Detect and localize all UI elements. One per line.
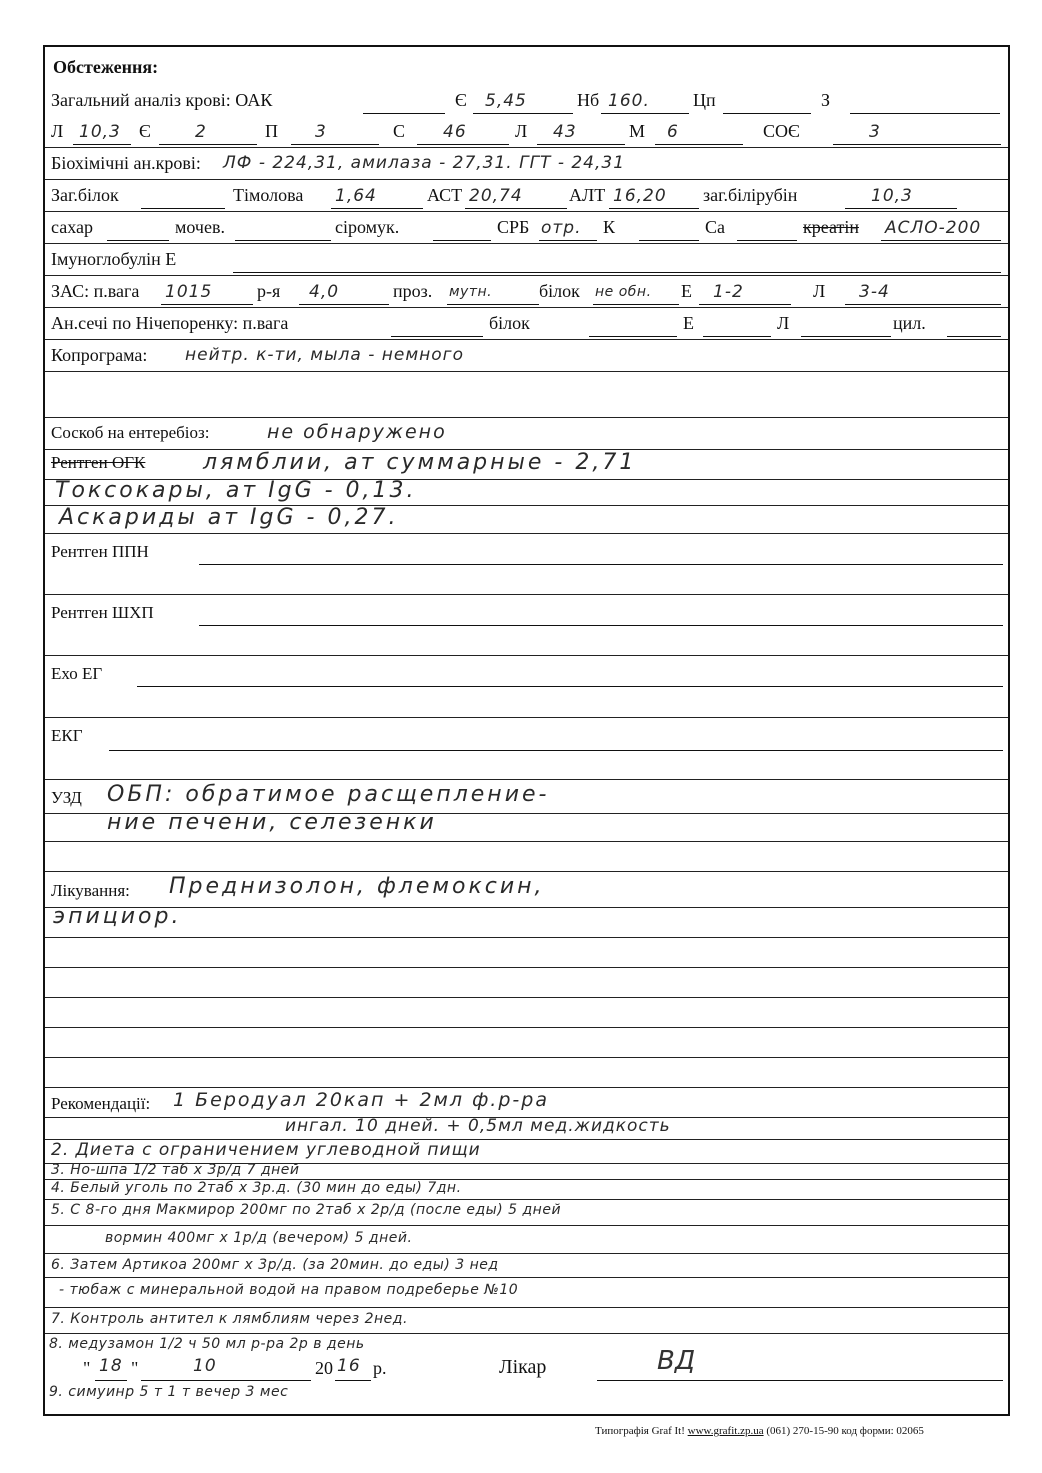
- aslo-value: АСЛО-200: [885, 218, 981, 238]
- footer-printer: Типографія Graf It!: [595, 1425, 685, 1437]
- bilirubin-label: заг.білірубін: [703, 185, 797, 206]
- recommendation-line-1[interactable]: 1 Беродуал 20кап + 2мл ф.р-ра: [173, 1089, 549, 1111]
- treatment-row: Лікування: Преднизолон, флемоксин,: [45, 872, 1008, 908]
- enterobiosis-label: Соскоб на ентеребіоз:: [51, 423, 209, 443]
- creatinine-label: креатін: [803, 217, 859, 238]
- cbc-z-label: З: [821, 90, 830, 111]
- nechiporenko-cyl-label: цил.: [893, 313, 926, 334]
- cbc-hb-field[interactable]: [601, 113, 689, 114]
- crp-label: СРБ: [497, 217, 529, 238]
- recommendation-line-5[interactable]: 4. Белый уголь по 2таб х 3р.д. (30 мин д…: [51, 1180, 462, 1196]
- doctor-signature-field[interactable]: [597, 1380, 1003, 1381]
- bilirubin-field[interactable]: [845, 208, 957, 209]
- urine-l-label: Л: [813, 281, 825, 302]
- urine-e-label: Е: [681, 281, 692, 302]
- diff-e-field[interactable]: [159, 144, 257, 145]
- date-day-field[interactable]: [95, 1380, 127, 1381]
- diff-m-field[interactable]: [655, 144, 743, 145]
- potassium-field[interactable]: [639, 240, 699, 241]
- seromucoid-field[interactable]: [433, 240, 491, 241]
- thymol-value: 1,64: [335, 186, 377, 206]
- diff-esr-value: 3: [869, 122, 881, 142]
- xray-ogk-label: Рентген ОГК: [51, 453, 145, 473]
- urine-protein-label: білок: [539, 281, 580, 302]
- uzd-label: УЗД: [51, 788, 82, 808]
- urine-protein-field[interactable]: [593, 304, 679, 305]
- medical-examination-form: Обстеження: Загальний аналіз крові: ОАК …: [43, 45, 1010, 1416]
- xray-ogk-row-3: Аскариды ат IgG - 0,27.: [45, 506, 1008, 534]
- cbc-e-label: Є: [455, 90, 467, 111]
- recommendations-row-4: 3. Но-шпа 1/2 таб х 3р/д 7 дней: [45, 1164, 1008, 1180]
- urine-e-value: 1-2: [713, 282, 744, 302]
- date-quote-close: ": [131, 1358, 138, 1379]
- calcium-label: Са: [705, 217, 725, 238]
- footer-url-link[interactable]: www.grafit.zp.ua: [688, 1425, 764, 1437]
- creatinine-field[interactable]: [881, 240, 1001, 241]
- diff-p-field[interactable]: [291, 144, 379, 145]
- urine-protein-value: не обн.: [595, 284, 652, 300]
- nechiporenko-protein-field[interactable]: [589, 336, 677, 337]
- cbc-label: Загальний аналіз крові: ОАК: [51, 90, 272, 111]
- xray-ogk-line-1[interactable]: лямблии, ат суммарные - 2,71: [203, 450, 636, 475]
- nechiporenko-l-field[interactable]: [801, 336, 891, 337]
- xray-ppn-label: Рентген ППН: [51, 542, 149, 562]
- recommendations-row-1: Рекомендації: 1 Беродуал 20кап + 2мл ф.р…: [45, 1088, 1008, 1118]
- nechiporenko-l-label: Л: [777, 313, 789, 334]
- ige-row: Імуноглобулін Е: [45, 244, 1008, 276]
- nechiporenko-cyl-field[interactable]: [947, 336, 1001, 337]
- recommendations-row-10: 7. Контроль антител к лямблиям через 2не…: [45, 1308, 1008, 1334]
- urea-field[interactable]: [235, 240, 331, 241]
- ast-value: 20,74: [469, 186, 523, 206]
- xray-shkhp-row: Рентген ШХП: [45, 595, 1008, 656]
- xray-shkhp-label: Рентген ШХП: [51, 603, 154, 623]
- alt-label: АЛТ: [569, 185, 605, 206]
- total-protein-label: Заг.білок: [51, 185, 119, 206]
- nechiporenko-label: Ан.сечі по Нічепоренку: п.вага: [51, 313, 288, 334]
- xray-ogk-line-2[interactable]: Токсокары, ат IgG - 0,13.: [55, 478, 417, 503]
- uzd-line-1[interactable]: ОБП: обратимое расщепление-: [107, 782, 549, 807]
- cbc-blank[interactable]: [363, 113, 445, 114]
- cbc-z-field[interactable]: [850, 113, 1000, 114]
- misc-row: сахар мочев. сіромук. СРБ отр. К Са креа…: [45, 212, 1008, 244]
- biochem-label: Біохімічні ан.крові:: [51, 153, 201, 174]
- xray-ogk-row: Рентген ОГК лямблии, ат суммарные - 2,71: [45, 450, 1008, 480]
- potassium-label: К: [603, 217, 615, 238]
- recommendations-row-5: 4. Белый уголь по 2таб х 3р.д. (30 мин д…: [45, 1180, 1008, 1200]
- cbc-hb-label: Нб: [577, 90, 599, 111]
- diff-row: Л 10,3 Є 2 П 3 С 46 Л 43 М 6 СОЄ 3: [45, 116, 1008, 148]
- diff-l-label: Л: [51, 121, 63, 142]
- treatment-blank-2[interactable]: [45, 968, 1008, 998]
- recommendation-line-10[interactable]: 7. Контроль антител к лямблиям через 2не…: [51, 1311, 408, 1327]
- recommendations-row-3: 2. Диета с ограничением углеводной пищи: [45, 1140, 1008, 1164]
- seromucoid-label: сіромук.: [335, 217, 399, 238]
- date-year-unit: р.: [373, 1358, 387, 1379]
- nechiporenko-e-label: Е: [683, 313, 694, 334]
- ast-label: АСТ: [427, 185, 462, 206]
- ige-field[interactable]: [233, 272, 1001, 273]
- calcium-field[interactable]: [737, 240, 797, 241]
- date-quote-open: ": [83, 1358, 90, 1379]
- recommendations-row-6: 5. С 8-го дня Макмирор 200мг по 2таб х 2…: [45, 1200, 1008, 1226]
- diff-m-value: 6: [667, 122, 679, 142]
- diff-esr-field[interactable]: [833, 144, 1001, 145]
- recommendation-line-8[interactable]: 6. Затем Артикоа 200мг х 3р/д. (за 20мин…: [51, 1257, 499, 1273]
- diff-lym-label: Л: [515, 121, 527, 142]
- date-year-prefix: 20: [315, 1358, 333, 1379]
- cbc-cp-field[interactable]: [723, 113, 811, 114]
- urine-l-value: 3-4: [859, 282, 890, 302]
- echo-label: Ехо ЕГ: [51, 664, 102, 684]
- treatment-label: Лікування:: [51, 881, 130, 901]
- diff-lym-value: 43: [553, 122, 577, 142]
- uzd-spacer: [45, 842, 1008, 872]
- date-year-value: 16: [337, 1356, 361, 1376]
- urine-ph-field[interactable]: [299, 304, 389, 305]
- date-day-value: 18: [99, 1356, 123, 1376]
- urine-sg-value: 1015: [165, 282, 212, 302]
- recommendation-line-12[interactable]: 9. симуинр 5 т 1 т вечер 3 мес: [49, 1384, 288, 1400]
- treatment-row-2: эпициор.: [45, 908, 1008, 938]
- recommendations-row-2: ингал. 10 дней. + 0,5мл мед.жидкость: [45, 1118, 1008, 1140]
- cbc-hb-value: 160.: [608, 91, 650, 111]
- diff-p-label: П: [265, 121, 278, 142]
- total-protein-field[interactable]: [141, 208, 225, 209]
- urine-ph-value: 4,0: [309, 282, 339, 302]
- recommendations-row-9: - тюбаж с минеральной водой на правом по…: [45, 1278, 1008, 1308]
- nechiporenko-e-field[interactable]: [703, 336, 771, 337]
- recommendation-line-11[interactable]: 8. медузамон 1/2 ч 50 мл р-ра 2р в день: [49, 1336, 365, 1352]
- diff-s-label: С: [393, 121, 405, 142]
- diff-e-label: Є: [139, 121, 151, 142]
- signoff-block: 8. медузамон 1/2 ч 50 мл р-ра 2р в день …: [45, 1334, 1008, 1408]
- uzd-row: УЗД ОБП: обратимое расщепление-: [45, 780, 1008, 814]
- diff-esr-label: СОЄ: [763, 121, 800, 142]
- nechiporenko-protein-label: білок: [489, 313, 530, 334]
- recommendation-line-4[interactable]: 3. Но-шпа 1/2 таб х 3р/д 7 дней: [51, 1162, 300, 1178]
- ige-label: Імуноглобулін Е: [51, 249, 176, 270]
- diff-l-value: 10,3: [79, 122, 121, 142]
- urine-sg-field[interactable]: [161, 304, 253, 305]
- biochem-value[interactable]: ЛФ - 224,31, амилаза - 27,31. ГГТ - 24,3…: [223, 153, 625, 173]
- coprogram-row: Копрограма: нейтр. к-ти, мыла - немного: [45, 340, 1008, 372]
- cbc-e-field[interactable]: [473, 113, 573, 114]
- section-title: Обстеження:: [53, 57, 158, 78]
- uzd-line-2[interactable]: ние печени, селезенки: [107, 810, 437, 835]
- date-month-field[interactable]: [141, 1380, 311, 1381]
- xray-shkhp-field[interactable]: [199, 625, 1003, 626]
- diff-lym-field[interactable]: [537, 144, 625, 145]
- treatment-line-1[interactable]: Преднизолон, флемоксин,: [169, 874, 545, 899]
- crp-value: отр.: [541, 218, 582, 238]
- date-year-field[interactable]: [335, 1380, 371, 1381]
- urine-clarity-value: мутн.: [449, 284, 492, 300]
- protein-row: Заг.білок Тімолова 1,64 АСТ 20,74 АЛТ 16…: [45, 180, 1008, 212]
- footer-contact: (061) 270-15-90 код форми: 02065: [766, 1425, 924, 1437]
- urine-ph-label: р-я: [257, 281, 280, 302]
- diff-m-label: М: [629, 121, 645, 142]
- biochem-row: Біохімічні ан.крові: ЛФ - 224,31, амилаз…: [45, 148, 1008, 180]
- treatment-blank-4[interactable]: [45, 1028, 1008, 1058]
- coprogram-value[interactable]: нейтр. к-ти, мыла - немного: [185, 345, 464, 365]
- treatment-line-2[interactable]: эпициор.: [53, 904, 181, 929]
- recommendation-line-7[interactable]: вормин 400мг х 1р/д (вечером) 5 дней.: [105, 1230, 412, 1246]
- treatment-blank-5[interactable]: [45, 1058, 1008, 1088]
- urine-l-field[interactable]: [845, 304, 1001, 305]
- coprogram-label: Копрограма:: [51, 345, 147, 366]
- recommendations-label: Рекомендації:: [51, 1094, 150, 1114]
- enterobiosis-value[interactable]: не обнаружено: [267, 421, 447, 443]
- urine-e-field[interactable]: [699, 304, 791, 305]
- sugar-field[interactable]: [107, 240, 169, 241]
- alt-value: 16,20: [613, 186, 667, 206]
- uzd-row-2: ние печени, селезенки: [45, 814, 1008, 842]
- treatment-blank-1[interactable]: [45, 938, 1008, 968]
- xray-ogk-row-2: Токсокары, ат IgG - 0,13.: [45, 480, 1008, 506]
- recommendations-row-8: 6. Затем Артикоа 200мг х 3р/д. (за 20мин…: [45, 1254, 1008, 1278]
- ekg-field[interactable]: [109, 750, 1003, 751]
- enterobiosis-row: Соскоб на ентеребіоз: не обнаружено: [45, 418, 1008, 450]
- urine-clarity-field[interactable]: [447, 304, 539, 305]
- diff-s-field[interactable]: [417, 144, 509, 145]
- diff-s-value: 46: [443, 122, 467, 142]
- xray-ogk-line-3[interactable]: Аскариды ат IgG - 0,27.: [59, 505, 398, 530]
- ast-field[interactable]: [465, 208, 567, 209]
- sugar-label: сахар: [51, 217, 93, 238]
- recommendation-line-2[interactable]: ингал. 10 дней. + 0,5мл мед.жидкость: [285, 1116, 671, 1136]
- recommendations-row-7: вормин 400мг х 1р/д (вечером) 5 дней.: [45, 1226, 1008, 1254]
- bilirubin-value: 10,3: [871, 186, 913, 206]
- recommendation-line-6[interactable]: 5. С 8-го дня Макмирор 200мг по 2таб х 2…: [51, 1202, 561, 1218]
- date-month-value: 10: [193, 1356, 217, 1376]
- alt-field[interactable]: [609, 208, 699, 209]
- diff-p-value: 3: [315, 122, 327, 142]
- xray-ppn-field[interactable]: [199, 564, 1003, 565]
- urea-label: мочев.: [175, 217, 225, 238]
- treatment-blank-3[interactable]: [45, 998, 1008, 1028]
- thymol-label: Тімолова: [233, 185, 303, 206]
- echo-row: Ехо ЕГ: [45, 656, 1008, 718]
- cbc-cp-label: Цп: [693, 90, 716, 111]
- xray-ppn-row: Рентген ППН: [45, 534, 1008, 595]
- ekg-label: ЕКГ: [51, 726, 83, 746]
- printer-footer: Типографія Graf It! www.grafit.zp.ua (06…: [595, 1425, 924, 1437]
- crp-field[interactable]: [539, 240, 597, 241]
- urine-clarity-label: проз.: [393, 281, 432, 302]
- nechiporenko-row: Ан.сечі по Нічепоренку: п.вага білок Е Л…: [45, 308, 1008, 340]
- recommendation-line-9[interactable]: - тюбаж с минеральной водой на правом по…: [59, 1282, 518, 1298]
- thymol-field[interactable]: [331, 208, 423, 209]
- echo-field[interactable]: [137, 686, 1003, 687]
- urine-sg-label: ЗАС: п.вага: [51, 281, 139, 302]
- cbc-e-value: 5,45: [485, 91, 527, 111]
- recommendation-line-3[interactable]: 2. Диета с ограничением углеводной пищи: [51, 1140, 481, 1160]
- doctor-signature: ВД: [657, 1346, 695, 1376]
- urine-row: ЗАС: п.вага 1015 р-я 4,0 проз. мутн. біл…: [45, 276, 1008, 308]
- doctor-label: Лікар: [499, 1356, 546, 1379]
- spacer-row: [45, 372, 1008, 418]
- ekg-row: ЕКГ: [45, 718, 1008, 780]
- diff-l-field[interactable]: [73, 144, 131, 145]
- nechiporenko-sg-field[interactable]: [391, 336, 483, 337]
- diff-e-value: 2: [195, 122, 207, 142]
